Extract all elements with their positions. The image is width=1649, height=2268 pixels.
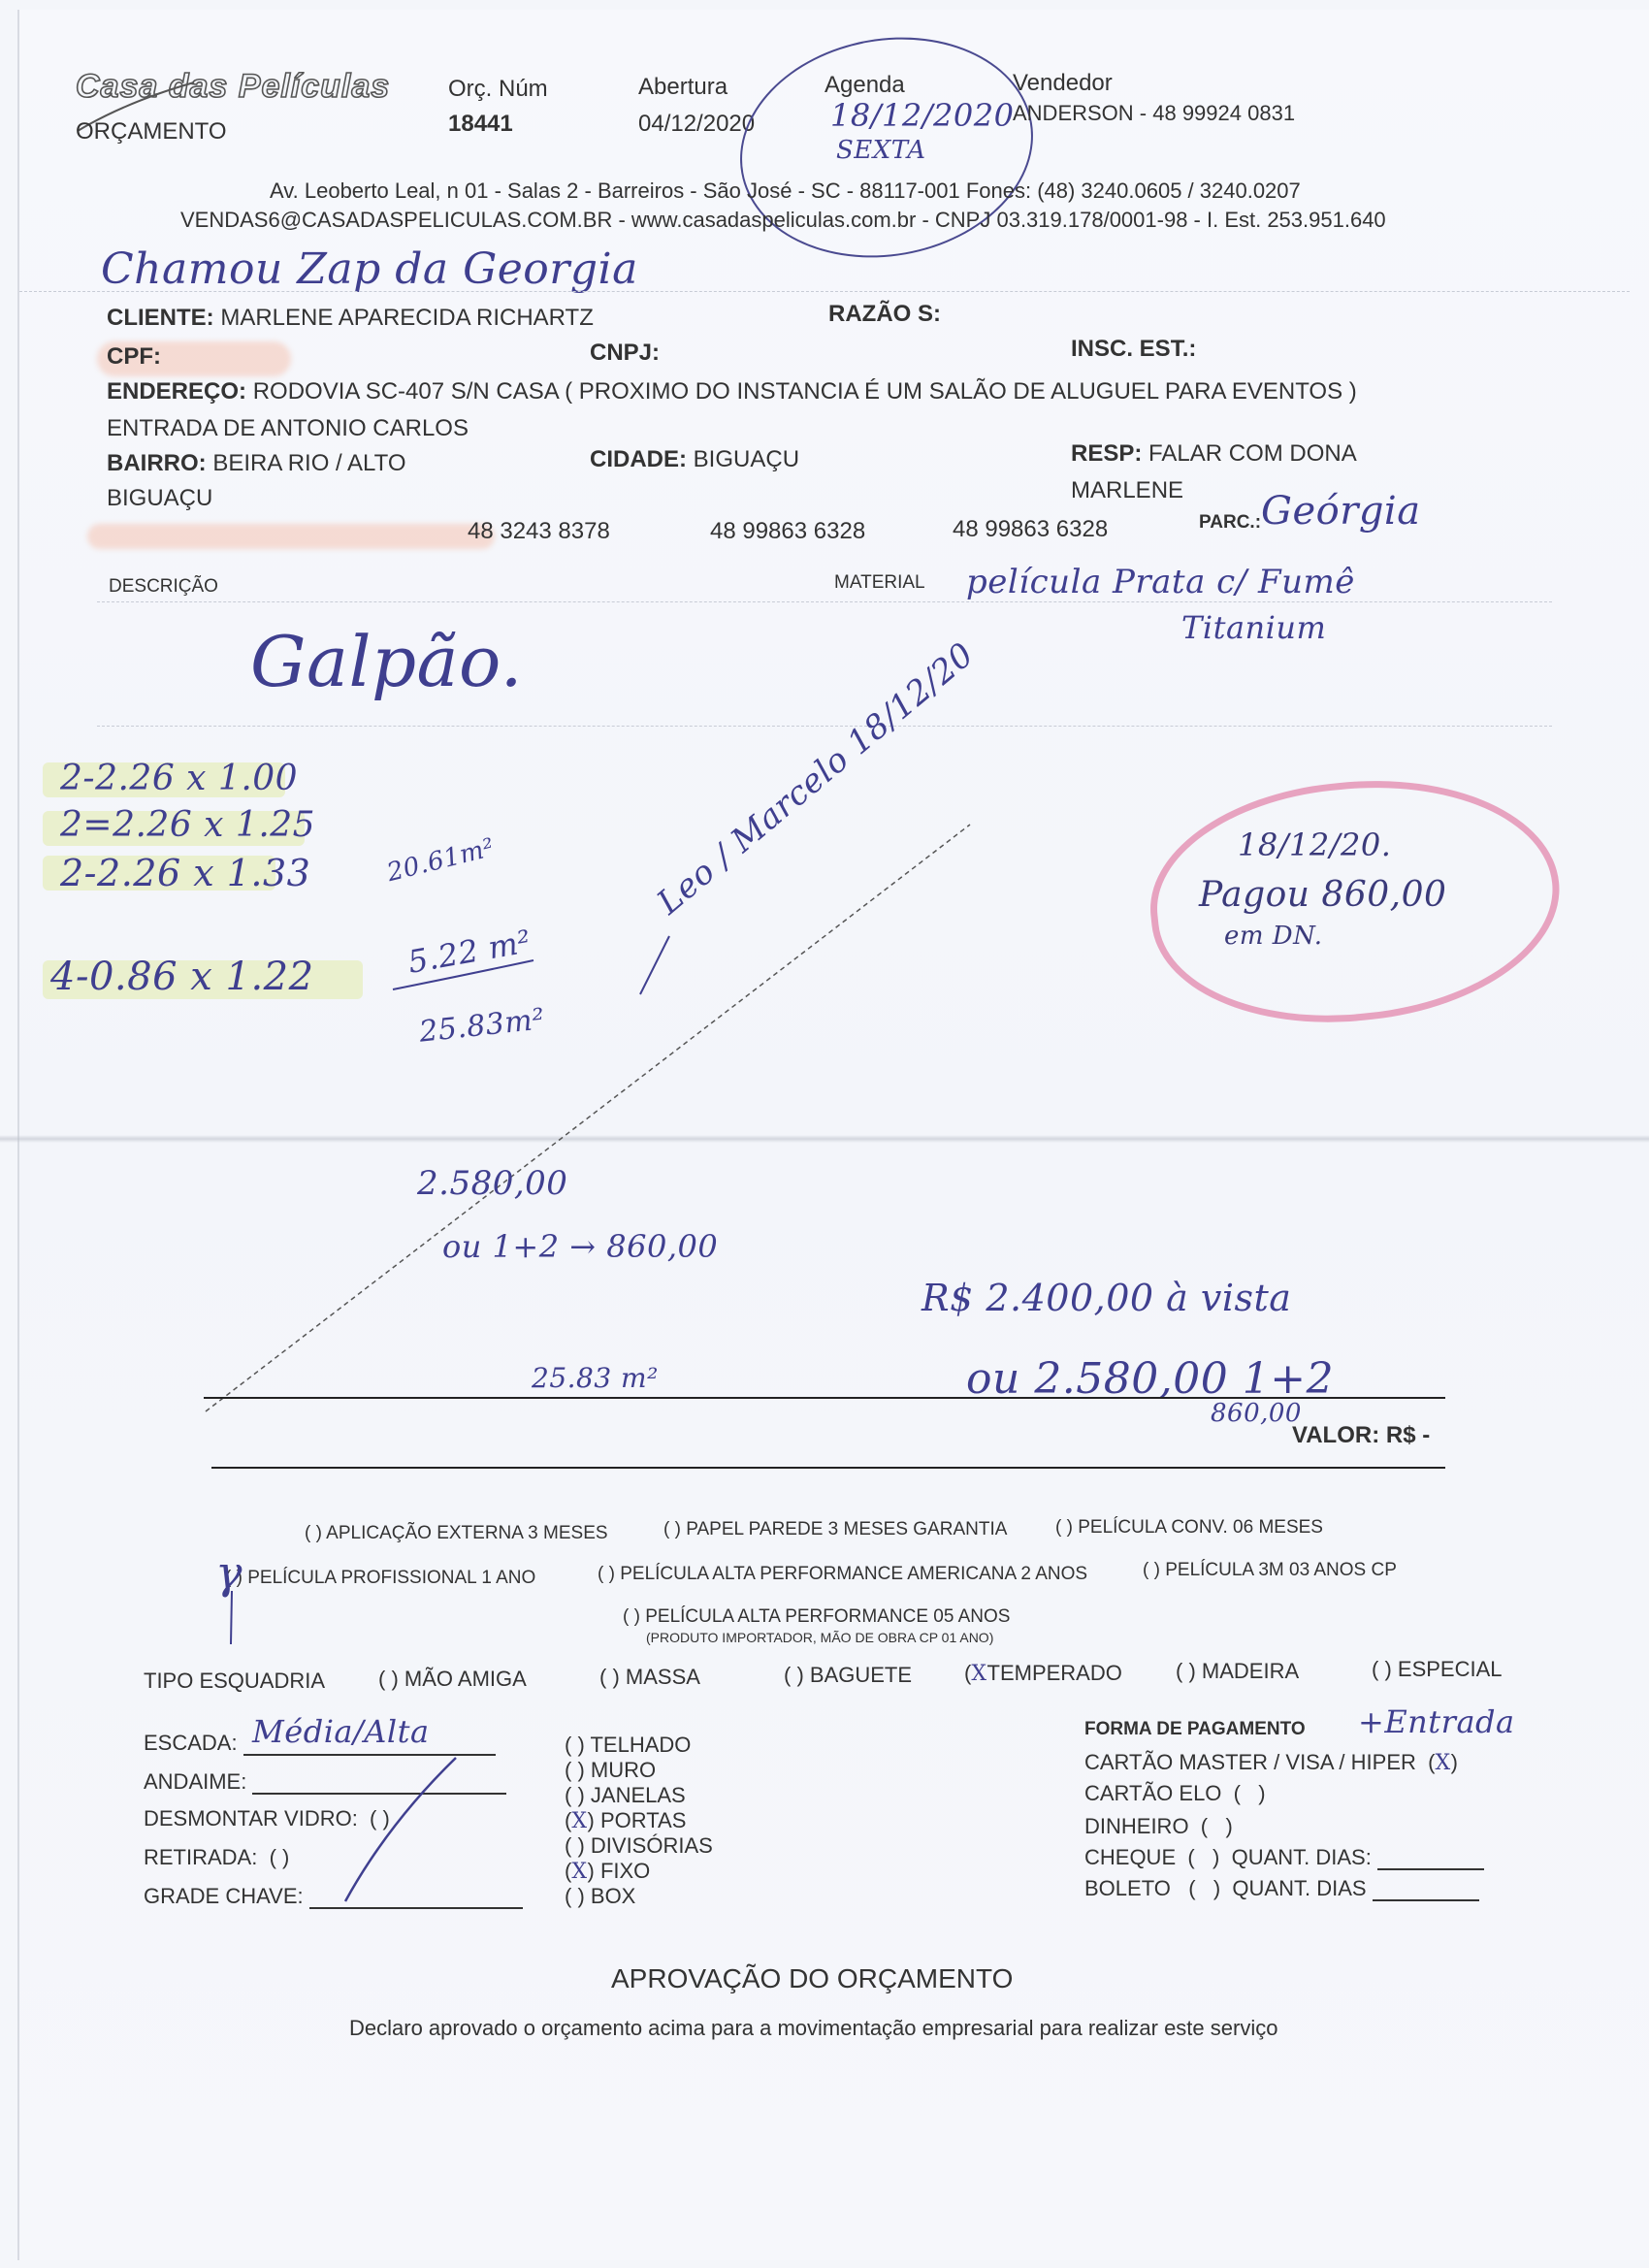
note-top: Chamou Zap da Georgia (101, 244, 638, 294)
warranty-option[interactable]: ( ) PELÍCULA ALTA PERFORMANCE AMERICANA … (598, 1564, 1087, 1585)
orc-num-label: Orç. Núm (448, 76, 548, 103)
vendedor-value: ANDERSON - 48 99924 0831 (1013, 101, 1295, 126)
payment-option[interactable]: BOLETO ( ) QUANT. DIAS (1084, 1876, 1479, 1901)
location-option[interactable]: ( ) MURO (565, 1758, 656, 1783)
approval-text: Declaro aprovado o orçamento acima para … (349, 2016, 1277, 2041)
insc-label: INSC. EST.: (1071, 336, 1196, 363)
area-total-2: 25.83 m² (532, 1362, 659, 1394)
doc-type: ORÇAMENTO (76, 118, 227, 146)
measurement-row: 4-0.86 x 1.22 (50, 955, 314, 999)
endereco-value: RODOVIA SC-407 S/N CASA ( PROXIMO DO INS… (253, 378, 1357, 405)
material-value-2: Titanium (1181, 609, 1326, 646)
paid-note-text: Pagou 860,00 (1199, 875, 1446, 915)
material-label: MATERIAL (834, 572, 925, 594)
location-option-checked[interactable]: (X) FIXO (565, 1859, 650, 1884)
location-option[interactable]: ( ) BOX (565, 1884, 635, 1909)
desmontar-field[interactable]: DESMONTAR VIDRO: ( ) (144, 1806, 390, 1831)
warranty-option[interactable]: ( ) PAPEL PAREDE 3 MESES GARANTIA (663, 1519, 1007, 1540)
payment-option[interactable]: CARTÃO ELO ( ) (1084, 1781, 1266, 1806)
payment-option[interactable]: CHEQUE ( ) QUANT. DIAS: (1084, 1845, 1484, 1870)
material-value: película Prata c/ Fumê (966, 563, 1355, 601)
cliente-field: CLIENTE: MARLENE APARECIDA RICHARTZ (107, 305, 594, 332)
crossed-value: 2.580,00 (417, 1164, 567, 1203)
andaime-input[interactable] (252, 1793, 506, 1795)
orc-num-value: 18441 (448, 111, 513, 138)
esquadria-option[interactable]: ( ) BAGUETE (784, 1663, 912, 1688)
warranty-option[interactable]: ( ) APLICAÇÃO EXTERNA 3 MESES (305, 1523, 608, 1544)
warranty-option[interactable]: ( ) PELÍCULA CONV. 06 MESES (1055, 1517, 1323, 1539)
dotted-rule (97, 726, 1552, 727)
paid-note-text-2: em DN. (1224, 922, 1323, 951)
pen-stroke (229, 1591, 239, 1649)
warranty-option[interactable]: ( ) PELÍCULA 3M 03 ANOS CP (1143, 1560, 1397, 1581)
installment-note: ou 1+2 → 860,00 (442, 1228, 718, 1265)
parc-label: PARC.: (1199, 512, 1261, 534)
resp-value-2: MARLENE (1071, 477, 1183, 504)
endereco-value-2: ENTRADA DE ANTONIO CARLOS (107, 415, 469, 442)
abertura-label: Abertura (638, 74, 727, 101)
location-option-checked[interactable]: (X) PORTAS (565, 1808, 686, 1833)
descricao-value: Galpão. (250, 621, 523, 702)
cidade-value: BIGUAÇU (694, 446, 799, 472)
payment-option-checked[interactable]: CARTÃO MASTER / VISA / HIPER (X) (1084, 1750, 1458, 1775)
warranty-option-checked[interactable]: ( ) PELÍCULA PROFISSIONAL 1 ANO (225, 1568, 535, 1589)
cidade-field: CIDADE: BIGUAÇU (590, 446, 799, 473)
phone-3: 48 99863 6328 (953, 516, 1108, 543)
cliente-label: CLIENTE: (107, 305, 214, 331)
company-contact: VENDAS6@CASADASPELICULAS.COM.BR - www.ca… (180, 208, 1386, 233)
esquadria-option-checked[interactable]: (XTEMPERADO (964, 1661, 1122, 1686)
installment-value: 860,00 (1211, 1399, 1302, 1428)
payment-option[interactable]: DINHEIRO ( ) (1084, 1814, 1233, 1839)
location-option[interactable]: ( ) TELHADO (565, 1733, 691, 1758)
escada-value: Média/Alta (252, 1713, 430, 1750)
boleto-days-input[interactable] (1373, 1899, 1479, 1901)
location-option[interactable]: ( ) JANELAS (565, 1783, 686, 1808)
paid-note-date: 18/12/20. (1238, 826, 1391, 863)
payment-title: FORMA DE PAGAMENTO (1084, 1719, 1306, 1740)
endereco-label: ENDEREÇO: (107, 378, 246, 405)
measurement-row: 2=2.26 x 1.25 (60, 805, 315, 845)
valor-label: VALOR: R$ - (1292, 1422, 1430, 1449)
phone-1: 48 3243 8378 (468, 518, 610, 545)
esquadria-option[interactable]: ( ) MASSA (599, 1665, 700, 1690)
tipo-esquadria-label: TIPO ESQUADRIA (144, 1669, 325, 1694)
cnpj-label: CNPJ: (590, 340, 660, 367)
payment-note: +Entrada (1358, 1703, 1515, 1740)
endereco-field: ENDEREÇO: RODOVIA SC-407 S/N CASA ( PROX… (107, 378, 1357, 405)
cash-price-note: R$ 2.400,00 à vista (921, 1277, 1291, 1319)
esquadria-option[interactable]: ( ) ESPECIAL (1372, 1657, 1503, 1682)
measurement-row: 2-2.26 x 1.33 (60, 852, 310, 894)
razao-label: RAZÃO S: (828, 301, 941, 328)
resp-field: RESP: FALAR COM DONA (1071, 440, 1357, 468)
andaime-field: ANDAIME: (144, 1769, 506, 1795)
esquadria-option[interactable]: ( ) MADEIRA (1176, 1659, 1299, 1684)
abertura-value: 04/12/2020 (638, 111, 755, 138)
grade-input[interactable] (309, 1907, 523, 1909)
phone-2: 48 99863 6328 (710, 518, 865, 545)
parc-value: Geórgia (1261, 489, 1421, 534)
bairro-field: BAIRRO: BEIRA RIO / ALTO (107, 450, 406, 477)
resp-label: RESP: (1071, 440, 1142, 467)
bairro-value: BEIRA RIO / ALTO (212, 450, 405, 476)
paper-fold (0, 1135, 1649, 1143)
location-option[interactable]: ( ) DIVISÓRIAS (565, 1833, 713, 1859)
escada-input[interactable] (243, 1754, 496, 1756)
warranty-option[interactable]: ( ) PELÍCULA ALTA PERFORMANCE 05 ANOS (623, 1606, 1010, 1628)
retirada-field[interactable]: RETIRADA: ( ) (144, 1845, 289, 1870)
underline-stroke (388, 960, 582, 999)
bairro-value-2: BIGUAÇU (107, 485, 212, 512)
grade-field: GRADE CHAVE: (144, 1884, 523, 1909)
cpf-label: CPF: (107, 343, 161, 371)
esquadria-option[interactable]: ( ) MÃO AMIGA (378, 1667, 527, 1692)
company-address: Av. Leoberto Leal, n 01 - Salas 2 - Barr… (270, 178, 1301, 204)
dotted-rule (19, 291, 1630, 292)
vendedor-label: Vendedor (1013, 70, 1113, 97)
cidade-label: CIDADE: (590, 446, 687, 472)
cheque-days-input[interactable] (1377, 1868, 1484, 1870)
redacted-field (87, 524, 495, 549)
approval-title: APROVAÇÃO DO ORÇAMENTO (611, 1963, 1013, 1994)
warranty-note: (PRODUTO IMPORTADOR, MÃO DE OBRA CP 01 A… (646, 1630, 993, 1645)
measurement-row: 2-2.26 x 1.00 (60, 759, 298, 798)
descricao-label: DESCRIÇÃO (109, 576, 218, 598)
cliente-value: MARLENE APARECIDA RICHARTZ (220, 305, 594, 331)
dotted-rule (97, 601, 1552, 602)
valor-rule (211, 1467, 1445, 1469)
bairro-label: BAIRRO: (107, 450, 207, 476)
resp-value: FALAR COM DONA (1148, 440, 1357, 467)
